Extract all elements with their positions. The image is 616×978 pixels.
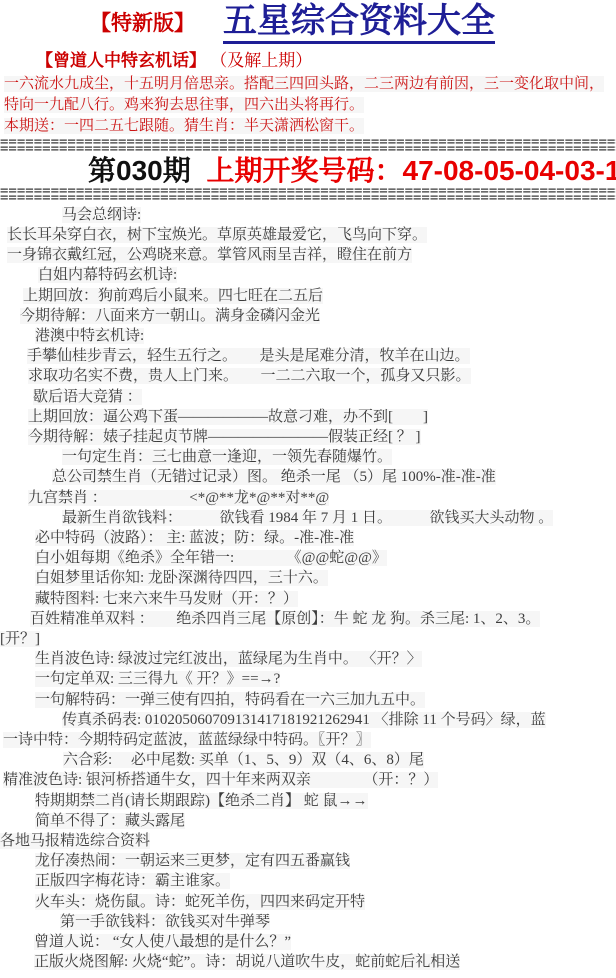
subtitle-bracket: 【曾道人中特玄机话】 — [36, 51, 206, 70]
body-line: 正版四字梅花诗：霸主谁家。 — [0, 871, 616, 891]
text-run: 九宫禁肖 ： <*@**龙*@**对**@ — [28, 490, 329, 506]
issue-number: 第030期 — [88, 155, 191, 186]
text-run: 上期回放：逼公鸡下蛋——————故意刁难，办不到[ ] — [28, 409, 428, 425]
text-run: 各地马报精选综合资料 — [0, 833, 150, 849]
body-line: 一身锦衣戴红冠，公鸡晓来意。掌管风雨呈吉祥，瞪住在前方 — [0, 245, 616, 265]
text-run: 最新生肖欲钱料： 欲钱看 1984 年 7 月 1 日。 欲钱买大头动物 。 — [62, 510, 553, 526]
body-line: 六合彩: 必中尾数: 买单（1、5、9）双（4、6、8）尾 — [0, 750, 616, 770]
text-run: 港澳中特玄机诗: — [35, 328, 144, 344]
body-line: 最新生肖欲钱料： 欲钱看 1984 年 7 月 1 日。 欲钱买大头动物 。 — [0, 508, 616, 528]
body-line: 上期回放：逼公鸡下蛋——————故意刁难，办不到[ ] — [0, 407, 616, 427]
body-line: 马会总纲诗: — [0, 205, 616, 225]
text-run: 马会总纲诗: — [62, 207, 141, 223]
text-run: 求取功名实不费，贵人上门来。 一二二六取一个，孤身又只影。 — [28, 368, 471, 384]
separator-bottom: ========================================… — [0, 188, 616, 202]
lottery-info-sheet: 【特新版】 五星综合资料大全 【曾道人中特玄机话】 （及解上期） 一六流水九成尘… — [0, 0, 616, 978]
text-run: 特期期禁二肖(请长期跟踪)【绝杀二肖】 蛇 鼠→→ — [35, 793, 368, 809]
text-run: 今期待解：八面来方一朝山。满身金磷闪金光 — [20, 308, 320, 324]
body-line: 传真杀码表: 010205060709131417181921262941 〈排… — [0, 710, 616, 730]
body-line: 龙仔凑热闹：一朝运来三更梦，定有四五番赢钱 — [0, 851, 616, 871]
text-run: 一诗中特：今期特码定蓝波，蓝蓝绿绿中特码。〖开？〗 — [3, 732, 371, 748]
body-line: 必中特码（波路）： 主: 蓝波；防：绿。-准-准-准 — [0, 528, 616, 548]
body-line: 白姐梦里话你知: 龙卧深渊待四四，三十六。 — [0, 568, 616, 588]
text-run: 传真杀码表: 010205060709131417181921262941 〈排… — [62, 712, 546, 728]
text-run: 手攀仙桂步青云，轻生五行之。 是头是尾难分清，牧羊在山边。 — [27, 348, 470, 364]
text-run: 正版四字梅花诗：霸主谁家。 — [35, 873, 230, 889]
body-line: 一句定单双: 三三得九《 开？》==→? — [0, 669, 616, 689]
text-run: 一句解特码：一弹三使有四拍，特码看在一六三加九五中。 — [35, 692, 425, 708]
body-line: 白小姐每期《绝杀》全年错一: 《@@蛇@@》 — [0, 548, 616, 568]
body-line: 火车头：烧伤鼠。诗：蛇死羊伤，四四来码定开特 — [0, 892, 616, 912]
text-run: 正版火烧图解: 火烧“蛇”。诗：胡说八道吹牛皮，蛇前蛇后礼相送 — [34, 954, 460, 970]
intro-line: 本期送：一四二五七跟随。猜生肖：半天潇洒松窗干。 — [0, 116, 616, 137]
text-run: 一六流水九成尘，十五明月倍思亲。搭配三四回头路，二三两边有前因，三一变化取中间， — [4, 76, 604, 92]
body-line: 求取功名实不费，贵人上门来。 一二二六取一个，孤身又只影。 — [0, 366, 616, 386]
body-line: 今期待解：八面来方一朝山。满身金磷闪金光 — [0, 306, 616, 326]
text-run: [开？] — [0, 631, 40, 647]
subtitle-row: 【曾道人中特玄机话】 （及解上期） — [0, 46, 616, 71]
body-line: [开？] — [0, 629, 616, 649]
separator-line: ========================================… — [0, 146, 616, 153]
body-line: 手攀仙桂步青云，轻生五行之。 是头是尾难分清，牧羊在山边。 — [0, 346, 616, 366]
separator-top: ========================================… — [0, 139, 616, 153]
body-line: 特期期禁二肖(请长期跟踪)【绝杀二肖】 蛇 鼠→→ — [0, 791, 616, 811]
intro-lines: 一六流水九成尘，十五明月倍思亲。搭配三四回头路，二三两边有前因，三一变化取中间，… — [0, 74, 616, 137]
text-run: 生肖波色诗: 绿波过完红波出，蓝绿尾为生肖中。 〈开？〉 — [35, 651, 422, 667]
text-run: 火车头：烧伤鼠。诗：蛇死羊伤，四四来码定开特 — [35, 894, 365, 910]
separator-line: ========================================… — [0, 139, 616, 146]
text-run: 特向一九配八行。鸡来狗去思往事，四六出头将再行。 — [4, 97, 364, 113]
text-run: 六合彩: 必中尾数: 买单（1、5、9）双（4、6、8）尾 — [63, 752, 424, 768]
body-line: 各地马报精选综合资料 — [0, 831, 616, 851]
text-run: 长长耳朵穿白衣，树下宝焕光。草原英雄最爱它，飞鸟向下穿。 — [7, 227, 427, 243]
body-line: 今期待解：婊子挂起贞节牌————————假装正经[ ？ ] — [0, 427, 616, 447]
text-run: 一身锦衣戴红冠，公鸡晓来意。掌管风雨呈吉祥，瞪住在前方 — [7, 247, 412, 263]
text-run: 简单不得了：藏头露尾 — [35, 813, 185, 829]
intro-line: 一六流水九成尘，十五明月倍思亲。搭配三四回头路，二三两边有前因，三一变化取中间， — [0, 74, 616, 95]
body-line: 精准波色诗: 银河桥搭通牛女，四十年来两双亲 （开：？） — [0, 770, 616, 790]
text-run: 白姐梦里话你知: 龙卧深渊待四四，三十六。 — [35, 570, 328, 586]
body-line: 一句解特码：一弹三使有四拍，特码看在一六三加九五中。 — [0, 690, 616, 710]
body-line: 藏特图料: 七来六来牛马发财（开：？） — [0, 589, 616, 609]
intro-line: 特向一九配八行。鸡来狗去思往事，四六出头将再行。 — [0, 95, 616, 116]
body-line: 歇后语大竞猜 ： — [0, 387, 616, 407]
body-line: 简单不得了：藏头露尾 — [0, 811, 616, 831]
text-run: 百姓精准单双料 ： 绝杀四肖三尾【原创】：牛 蛇 龙 狗。杀三尾: 1、2、3。 — [30, 611, 540, 627]
text-run: 一句定单双: 三三得九《 开？》==→? — [35, 671, 280, 687]
text-run: 上期回放：狗前鸡后小鼠来。四七旺在二五后 — [23, 288, 323, 304]
text-run: 精准波色诗: 银河桥搭通牛女，四十年来两双亲 （开：？） — [3, 772, 438, 788]
subtitle-paren: （及解上期） — [210, 51, 312, 70]
text-run: 藏特图料: 七来六来牛马发财（开：？） — [35, 591, 298, 607]
text-run: 今期待解：婊子挂起贞节牌————————假装正经[ ？ ] — [28, 429, 421, 445]
body-line: 百姓精准单双料 ： 绝杀四肖三尾【原创】：牛 蛇 龙 狗。杀三尾: 1、2、3。 — [0, 609, 616, 629]
text-run: 一句定生肖：三七曲意一逢迎，一领先春随爆竹。 — [62, 449, 392, 465]
issue-heading: 第030期 上期开奖号码：47-08-05-04-03-18+01 — [0, 155, 616, 186]
separator-line: ========================================… — [0, 188, 616, 195]
title-row: 【特新版】 五星综合资料大全 — [0, 0, 616, 44]
edition-tag: 【特新版】 — [90, 7, 195, 44]
body-line: 九宫禁肖 ： <*@**龙*@**对**@ — [0, 488, 616, 508]
text-run: 歇后语大竞猜 ： — [33, 389, 142, 405]
body-line: 长长耳朵穿白衣，树下宝焕光。草原英雄最爱它，飞鸟向下穿。 — [0, 225, 616, 245]
body-line: 白姐内幕特码玄机诗: — [0, 265, 616, 285]
text-run: 龙仔凑热闹：一朝运来三更梦，定有四五番赢钱 — [35, 853, 350, 869]
body-line: 一句定生肖：三七曲意一逢迎，一领先春随爆竹。 — [0, 447, 616, 467]
body-line: 曾道人说： “女人使八最想的是什么？” — [0, 932, 616, 952]
body-line: 第一手欲钱料：欲钱买对牛弹琴 — [0, 912, 616, 932]
text-run: 必中特码（波路）： 主: 蓝波；防：绿。-准-准-准 — [35, 530, 354, 546]
body-lines: 马会总纲诗:长长耳朵穿白衣，树下宝焕光。草原英雄最爱它，飞鸟向下穿。一身锦衣戴红… — [0, 205, 616, 973]
text-run: 本期送：一四二五七跟随。猜生肖：半天潇洒松窗干。 — [4, 118, 364, 134]
text-run: 总公司禁生肖（无错过记录）图。 绝杀一尾 （5）尾 100%-准-准-准 — [52, 469, 496, 485]
body-line: 港澳中特玄机诗: — [0, 326, 616, 346]
body-line: 正版火烧图解: 火烧“蛇”。诗：胡说八道吹牛皮，蛇前蛇后礼相送 — [0, 952, 616, 972]
text-run: 白姐内幕特码玄机诗: — [38, 267, 177, 283]
body-line: 上期回放：狗前鸡后小鼠来。四七旺在二五后 — [0, 286, 616, 306]
body-line: 一诗中特：今期特码定蓝波，蓝蓝绿绿中特码。〖开？〗 — [0, 730, 616, 750]
page-title: 五星综合资料大全 — [223, 4, 495, 44]
body-line: 生肖波色诗: 绿波过完红波出，蓝绿尾为生肖中。 〈开？〉 — [0, 649, 616, 669]
last-draw-numbers: 上期开奖号码：47-08-05-04-03-18+01 — [207, 155, 616, 186]
text-run: 曾道人说： “女人使八最想的是什么？” — [34, 934, 291, 950]
body-line: 总公司禁生肖（无错过记录）图。 绝杀一尾 （5）尾 100%-准-准-准 — [0, 467, 616, 487]
text-run: 第一手欲钱料：欲钱买对牛弹琴 — [60, 914, 270, 930]
separator-line: ========================================… — [0, 195, 616, 202]
text-run: 白小姐每期《绝杀》全年错一: 《@@蛇@@》 — [35, 550, 387, 566]
